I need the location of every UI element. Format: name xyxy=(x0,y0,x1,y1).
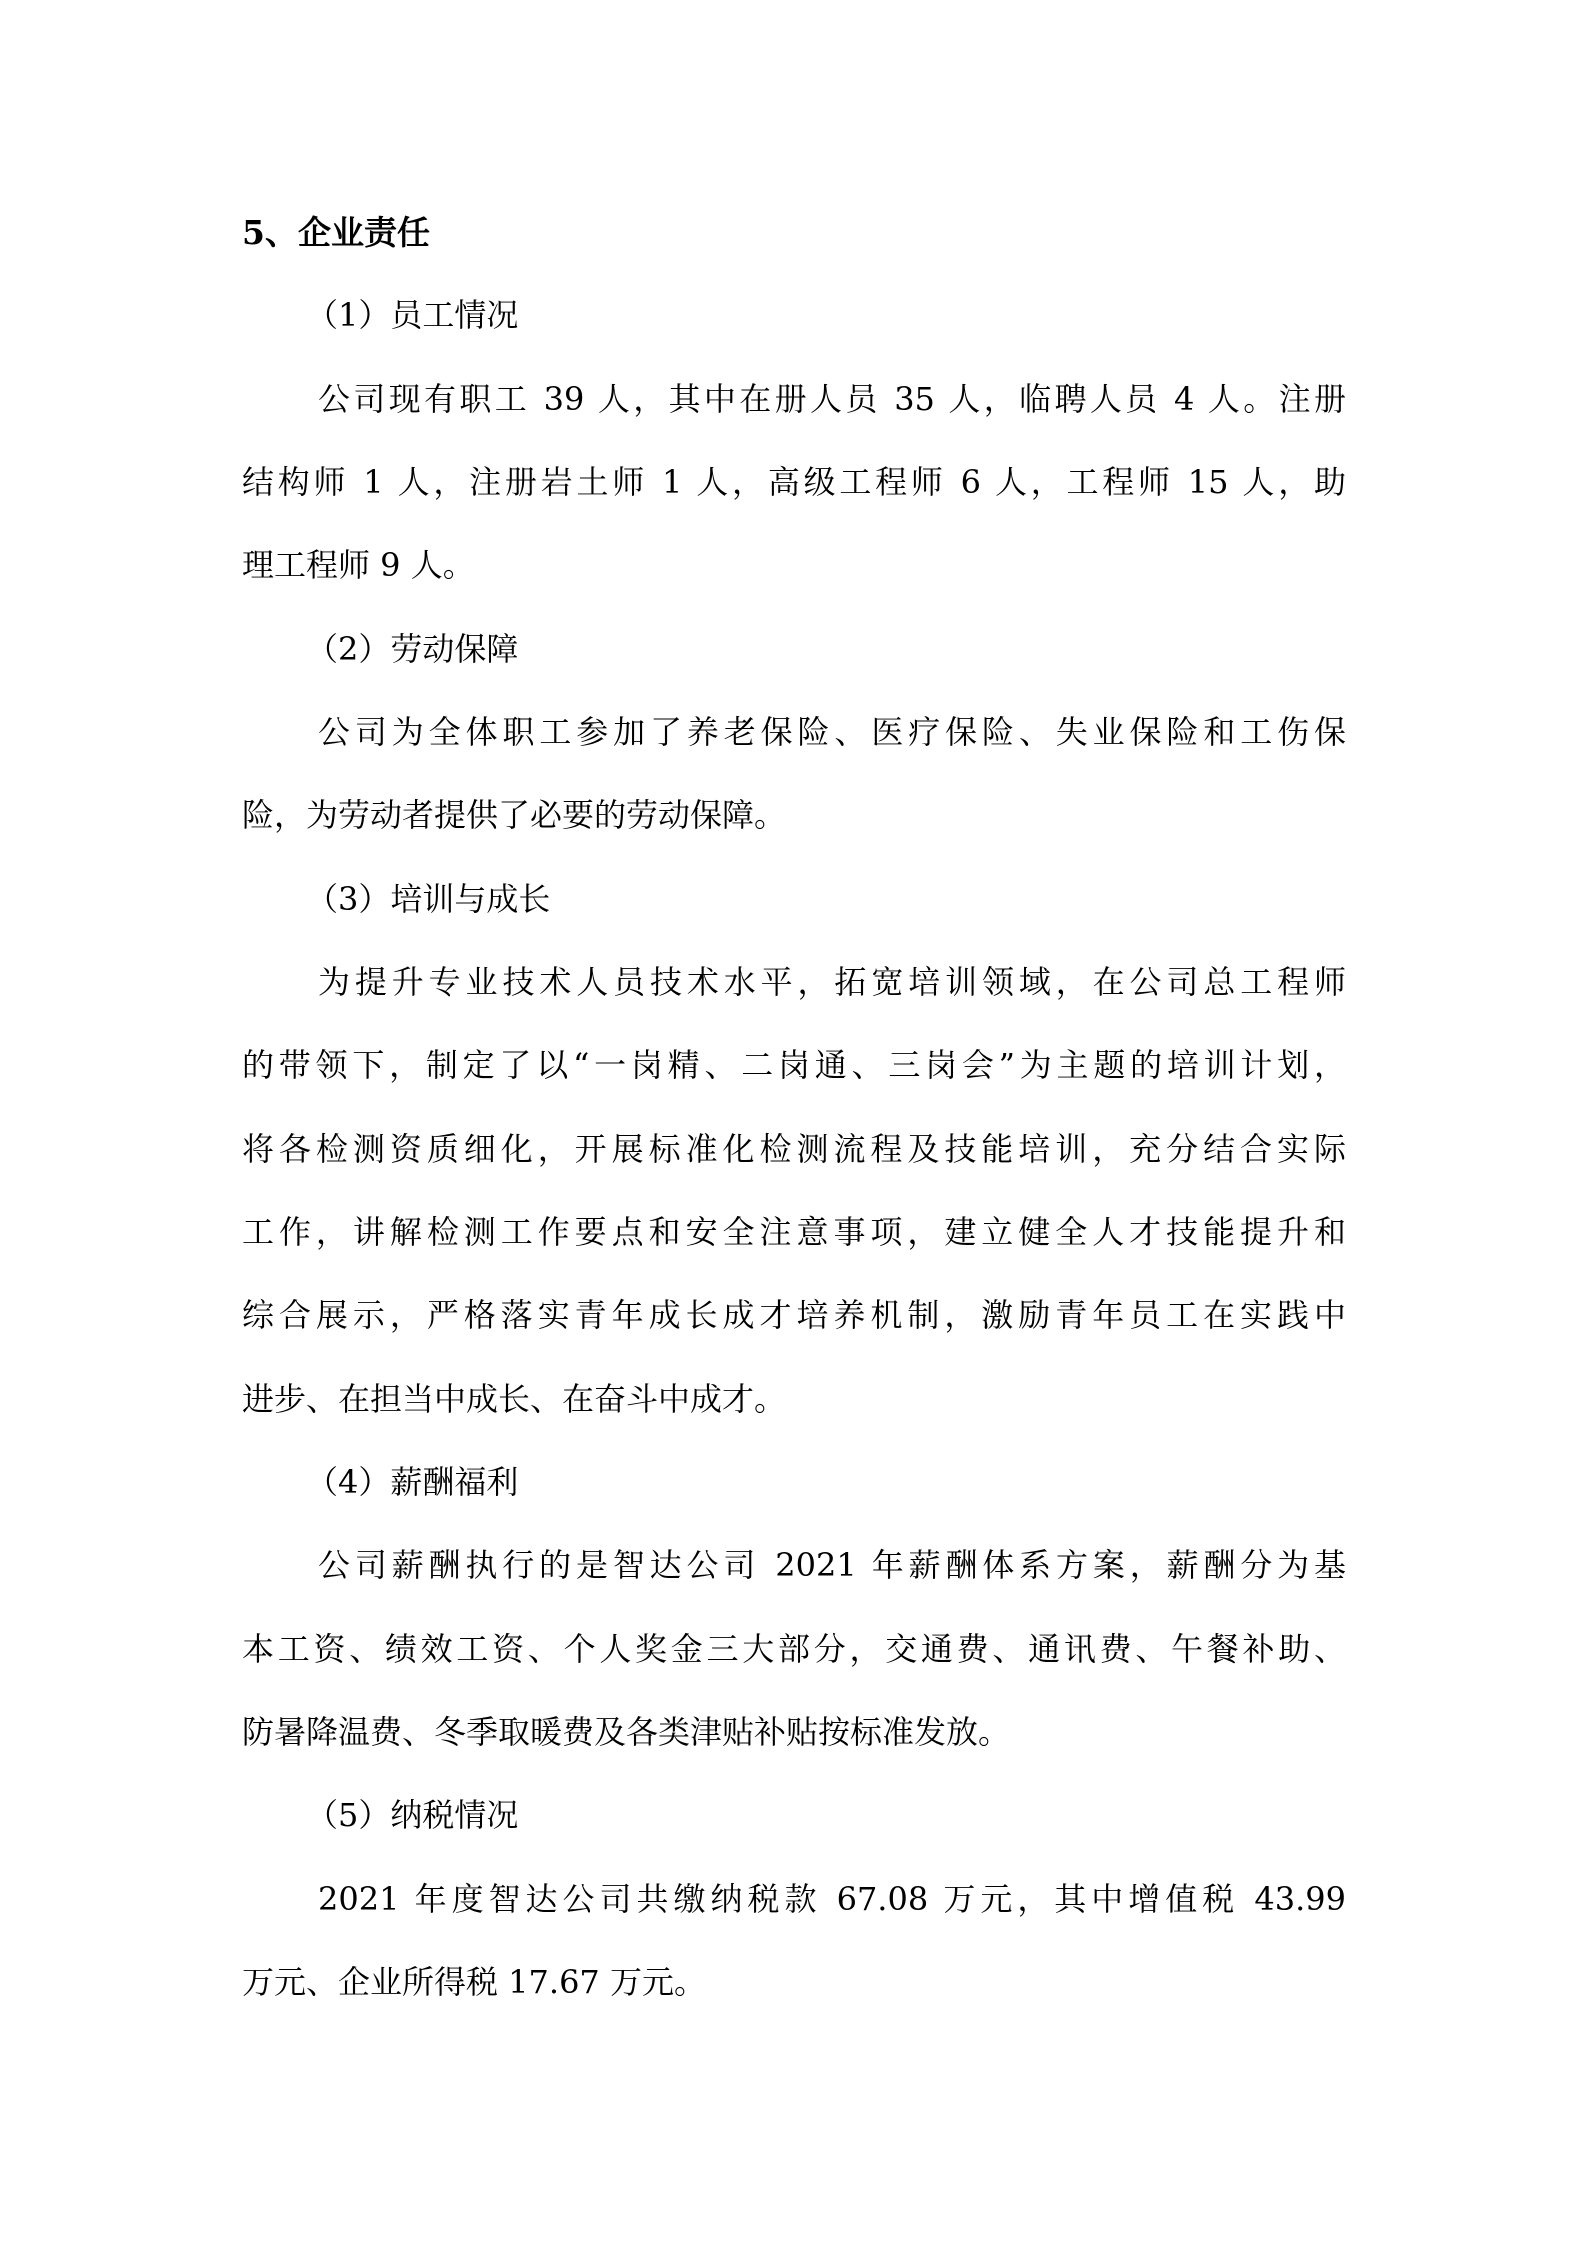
paragraph-line: 公司现有职工 39 人，其中在册人员 35 人，临聘人员 4 人。注册 xyxy=(242,358,1346,441)
paragraph-line: 万元、企业所得税 17.67 万元。 xyxy=(242,1941,1346,2024)
subsection-title-labor-protection: （2）劳动保障 xyxy=(242,608,1346,691)
paragraph-line: 本工资、绩效工资、个人奖金三大部分，交通费、通讯费、午餐补助、 xyxy=(242,1608,1346,1691)
paragraph-line: 理工程师 9 人。 xyxy=(242,524,1346,607)
subsection-title-taxes: （5）纳税情况 xyxy=(242,1774,1346,1857)
paragraph-line: 险，为劳动者提供了必要的劳动保障。 xyxy=(242,774,1346,857)
paragraph-line: 工作，讲解检测工作要点和安全注意事项，建立健全人才技能提升和 xyxy=(242,1191,1346,1274)
paragraph-line: 结构师 1 人，注册岩土师 1 人，高级工程师 6 人，工程师 15 人，助 xyxy=(242,441,1346,524)
subsection-title-training: （3）培训与成长 xyxy=(242,858,1346,941)
document-body: 5、企业责任 （1）员工情况 公司现有职工 39 人，其中在册人员 35 人，临… xyxy=(242,191,1346,2024)
paragraph-line: 公司薪酬执行的是智达公司 2021 年薪酬体系方案，薪酬分为基 xyxy=(242,1524,1346,1607)
document-page: 5、企业责任 （1）员工情况 公司现有职工 39 人，其中在册人员 35 人，临… xyxy=(0,0,1587,2245)
paragraph-line: 的带领下，制定了以“一岗精、二岗通、三岗会”为主题的培训计划， xyxy=(242,1024,1346,1107)
paragraph-line: 公司为全体职工参加了养老保险、医疗保险、失业保险和工伤保 xyxy=(242,691,1346,774)
paragraph-line: 综合展示，严格落实青年成长成才培养机制，激励青年员工在实践中 xyxy=(242,1274,1346,1357)
section-title: 5、企业责任 xyxy=(242,191,1346,274)
subsection-title-compensation: （4）薪酬福利 xyxy=(242,1441,1346,1524)
paragraph-line: 2021 年度智达公司共缴纳税款 67.08 万元，其中增值税 43.99 xyxy=(242,1858,1346,1941)
paragraph-line: 防暑降温费、冬季取暖费及各类津贴补贴按标准发放。 xyxy=(242,1691,1346,1774)
paragraph-line: 进步、在担当中成长、在奋斗中成才。 xyxy=(242,1358,1346,1441)
paragraph-line: 为提升专业技术人员技术水平，拓宽培训领域，在公司总工程师 xyxy=(242,941,1346,1024)
subsection-title-employees: （1）员工情况 xyxy=(242,274,1346,357)
paragraph-line: 将各检测资质细化，开展标准化检测流程及技能培训，充分结合实际 xyxy=(242,1108,1346,1191)
